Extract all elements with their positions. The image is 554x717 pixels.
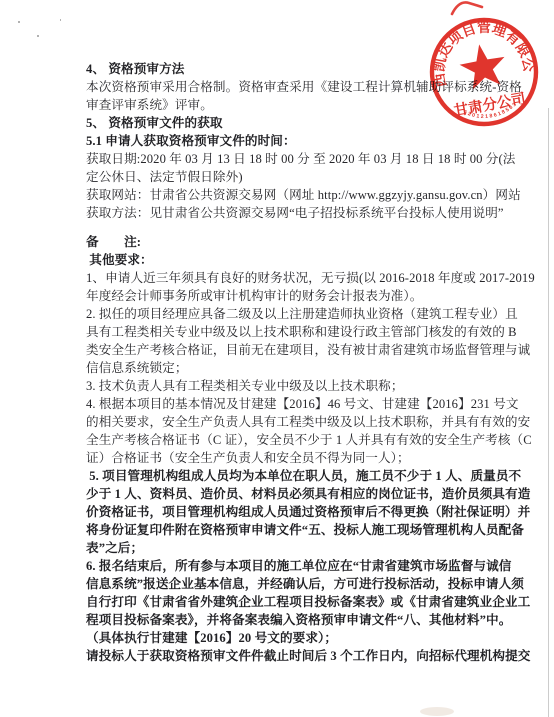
text-line: 表”之后； [86,539,526,557]
text-line: 年度经会计师事务所或审计机构审计的财务会计报表为准）。 [86,287,526,305]
company-seal-stamp: 陕西凯达项目管理有限公司 甘肃分公司 6201218618563 [412,0,554,144]
document-body: 4、 资格预审方法本次资格预审采用合格制。资格审查采用《建设工程计算机辅助评标系… [86,60,526,665]
text-line: 信信息系统锁定； [86,359,526,377]
text-line: 其他要求： [86,251,526,269]
text-line: 2. 拟任的项目经理应具备二级及以上注册建造师执业资格（建筑工程专业）且 [86,305,526,323]
text-line: 程项目投标备案表》，并将备案表编入资格预审申请文件“八、其他材料”中。 [86,611,526,629]
text-line: 全生产考核合格证书（C 证），安全员不少于 1 人并具有有效的安全生产考核（C [86,431,526,449]
text-line: 获取网站：甘肃省公共资源交易网（网址 http://www.ggzyjy.gan… [86,186,526,204]
text-line: 请投标人于获取资格预审文件件截止时间后 3 个工作日内，向招标代理机构提交 [86,647,526,665]
text-line: 自行打印《甘肃省省外建筑企业工程项目投标备案表》或《甘肃省建筑业企业工 [86,593,526,611]
star-icon [457,40,509,91]
text-line: （具体执行甘建建【2016】20 号文的要求）； [86,629,526,647]
text-line: 备 注: [86,233,526,251]
text-line: 具有工程类相关专业中级及以上技术职称和建设行政主管部门核发的有效的 B [86,323,526,341]
text-line: 证）合格证书（安全生产负责人和安全员不得为同一人）； [86,449,526,467]
text-line: 获取日期:2020 年 03 月 13 日 18 时 00 分 至 2020 年… [86,150,526,168]
scan-speck [18,21,20,23]
text-line: 价资格证书，项目管理机构组成人员通过资格预审后不得更换（附社保证明）并 [86,503,526,521]
scan-smudge [420,707,454,716]
text-line: 少于 1 人、资料员、造价员、材料员必须具有相应的岗位证书，造价员须具有造 [86,485,526,503]
text-line: 的相关要求，安全生产负责人具有工程类中级及以上技术职称，并具有有效的安 [86,413,526,431]
text-line: 1、申请人近三年须具有良好的财务状况，无亏损(以 2016-2018 年度或 2… [86,269,526,287]
scan-speck [60,19,61,21]
scan-speck [37,35,39,37]
page-edge-line [548,108,549,717]
text-line: 4. 根据本项目的基本情况及甘建建【2016】46 号文、甘建建【2016】23… [86,395,526,413]
text-line: 3. 技术负责人具有工程类相关专业中级及以上技术职称； [86,377,526,395]
text-line: 获取方法：见甘肃省公共资源交易网“电子招投标系统平台投标人使用说明” [86,204,526,222]
document-page: 4、 资格预审方法本次资格预审采用合格制。资格审查采用《建设工程计算机辅助评标系… [0,0,554,717]
text-line: 定公休日、法定节假日除外) [86,168,526,186]
text-line: 5. 项目管理机构组成人员均为本单位在职人员，施工员不少于 1 人、质量员不 [86,467,526,485]
text-line: 6. 报名结束后，所有参与本项目的施工单位应在“甘肃省建筑市场监督与诚信 [86,557,526,575]
text-line: 类安全生产考核合格证，目前无在建项目，没有被甘肃省建筑市场监督管理与诚 [86,341,526,359]
text-line: 信息系统”报送企业基本信息，并经确认后，方可进行投标活动，投标申请人须 [86,575,526,593]
text-line: 将身份证复印件附在资格预审申请文件“五、投标人施工现场管理机构人员配备 [86,521,526,539]
